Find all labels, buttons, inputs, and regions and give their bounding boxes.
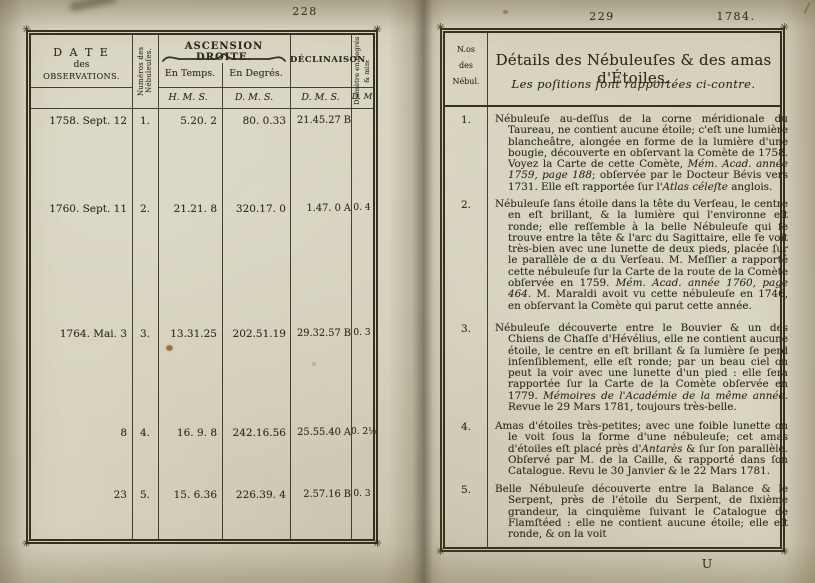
entry-number: 3. bbox=[445, 323, 487, 335]
table-cell-num: 1. bbox=[132, 115, 158, 127]
right-page-year: 1784. bbox=[706, 10, 766, 23]
left-table-frame: ✳ ✳ ✳ ✳ D A T E des OBSERVATIONS. Numéro… bbox=[26, 30, 378, 544]
table-cell-diam: 0. 3 bbox=[351, 489, 373, 499]
table-cell-decl: 29.32.57 B bbox=[288, 328, 351, 339]
table-cell-degres: 202.51.19 bbox=[222, 328, 286, 340]
table-cell-date: 23 bbox=[31, 489, 127, 501]
table-cell-temps: 21.21. 8 bbox=[158, 203, 217, 215]
entry-text: Nébuleuſe ſans étoile dans la tête du Ve… bbox=[495, 199, 788, 312]
edge-mark bbox=[804, 2, 811, 14]
table-cell-date: 1760. Sept. 11 bbox=[31, 203, 127, 215]
table-cell-num: 5. bbox=[132, 489, 158, 501]
table-cell-date: 1758. Sept. 12 bbox=[31, 115, 127, 127]
entry-number: 5. bbox=[445, 484, 487, 496]
fleuron-ornament-icon: ✳ bbox=[373, 25, 382, 35]
entry-number: 1. bbox=[445, 114, 487, 126]
table-cell-temps: 15. 6.36 bbox=[158, 489, 217, 501]
table-cell-decl: 25.55.40 A bbox=[288, 427, 351, 438]
table-cell-degres: 242.16.56 bbox=[222, 427, 286, 439]
entry-text: Belle Nébuleuſe découverte entre la Bala… bbox=[495, 484, 788, 540]
table-cell-diam: 0. 3 bbox=[351, 328, 373, 338]
table-cell-degres: 320.17. 0 bbox=[222, 203, 286, 215]
table-cell-num: 3. bbox=[132, 328, 158, 340]
table-cell-decl: 2.57.16 B bbox=[288, 489, 351, 500]
table-cell-temps: 16. 9. 8 bbox=[158, 427, 217, 439]
table-cell-diam: 0. 2½ bbox=[351, 427, 373, 437]
book-scan: 228 229 1784. ✳ ✳ ✳ ✳ D A T E des OBSERV… bbox=[0, 0, 815, 583]
table-cell-degres: 80. 0.33 bbox=[222, 115, 286, 127]
table-cell-decl: 21.45.27 B bbox=[288, 115, 351, 126]
entry-text: Nébuleuſe découverte entre le Bouvier & … bbox=[495, 323, 788, 413]
table-cell-decl: 1.47. 0 A bbox=[288, 203, 351, 214]
fleuron-ornament-icon: ✳ bbox=[373, 539, 382, 549]
table-cell-degres: 226.39. 4 bbox=[222, 489, 286, 501]
entries-container: 1.Nébuleuſe au-deſſus de la corne méridi… bbox=[445, 33, 780, 547]
book-gutter-shadow bbox=[388, 0, 446, 583]
table-cell-date: 8 bbox=[31, 427, 127, 439]
left-page-number: 228 bbox=[275, 5, 335, 18]
table-body: 1758. Sept. 121.5.20. 280. 0.3321.45.27 … bbox=[31, 35, 373, 539]
table-cell-temps: 13.31.25 bbox=[158, 328, 217, 340]
right-text-frame: ✳ ✳ ✳ ✳ N.os des Nébul. Détails des Nébu… bbox=[440, 28, 785, 552]
entry-text: Amas d'étoiles très-petites; avec une fo… bbox=[495, 421, 788, 477]
entry-number: 2. bbox=[445, 199, 487, 211]
fleuron-ornament-icon: ✳ bbox=[22, 539, 31, 549]
entry-number: 4. bbox=[445, 421, 487, 433]
right-page-number: 229 bbox=[572, 10, 632, 23]
fleuron-ornament-icon: ✳ bbox=[436, 547, 445, 557]
table-cell-num: 4. bbox=[132, 427, 158, 439]
fleuron-ornament-icon: ✳ bbox=[780, 23, 789, 33]
foxing-spot bbox=[503, 10, 508, 14]
fleuron-ornament-icon: ✳ bbox=[780, 547, 789, 557]
fleuron-ornament-icon: ✳ bbox=[22, 25, 31, 35]
table-cell-diam: 0. 4 bbox=[351, 203, 373, 213]
entry-text: Nébuleuſe au-deſſus de la corne méridion… bbox=[495, 114, 788, 193]
signature-mark: U bbox=[692, 556, 722, 571]
table-cell-date: 1764. Mai. 3 bbox=[31, 328, 127, 340]
fleuron-ornament-icon: ✳ bbox=[436, 23, 445, 33]
table-cell-temps: 5.20. 2 bbox=[158, 115, 217, 127]
smudge-stain bbox=[70, 0, 117, 12]
table-cell-num: 2. bbox=[132, 203, 158, 215]
